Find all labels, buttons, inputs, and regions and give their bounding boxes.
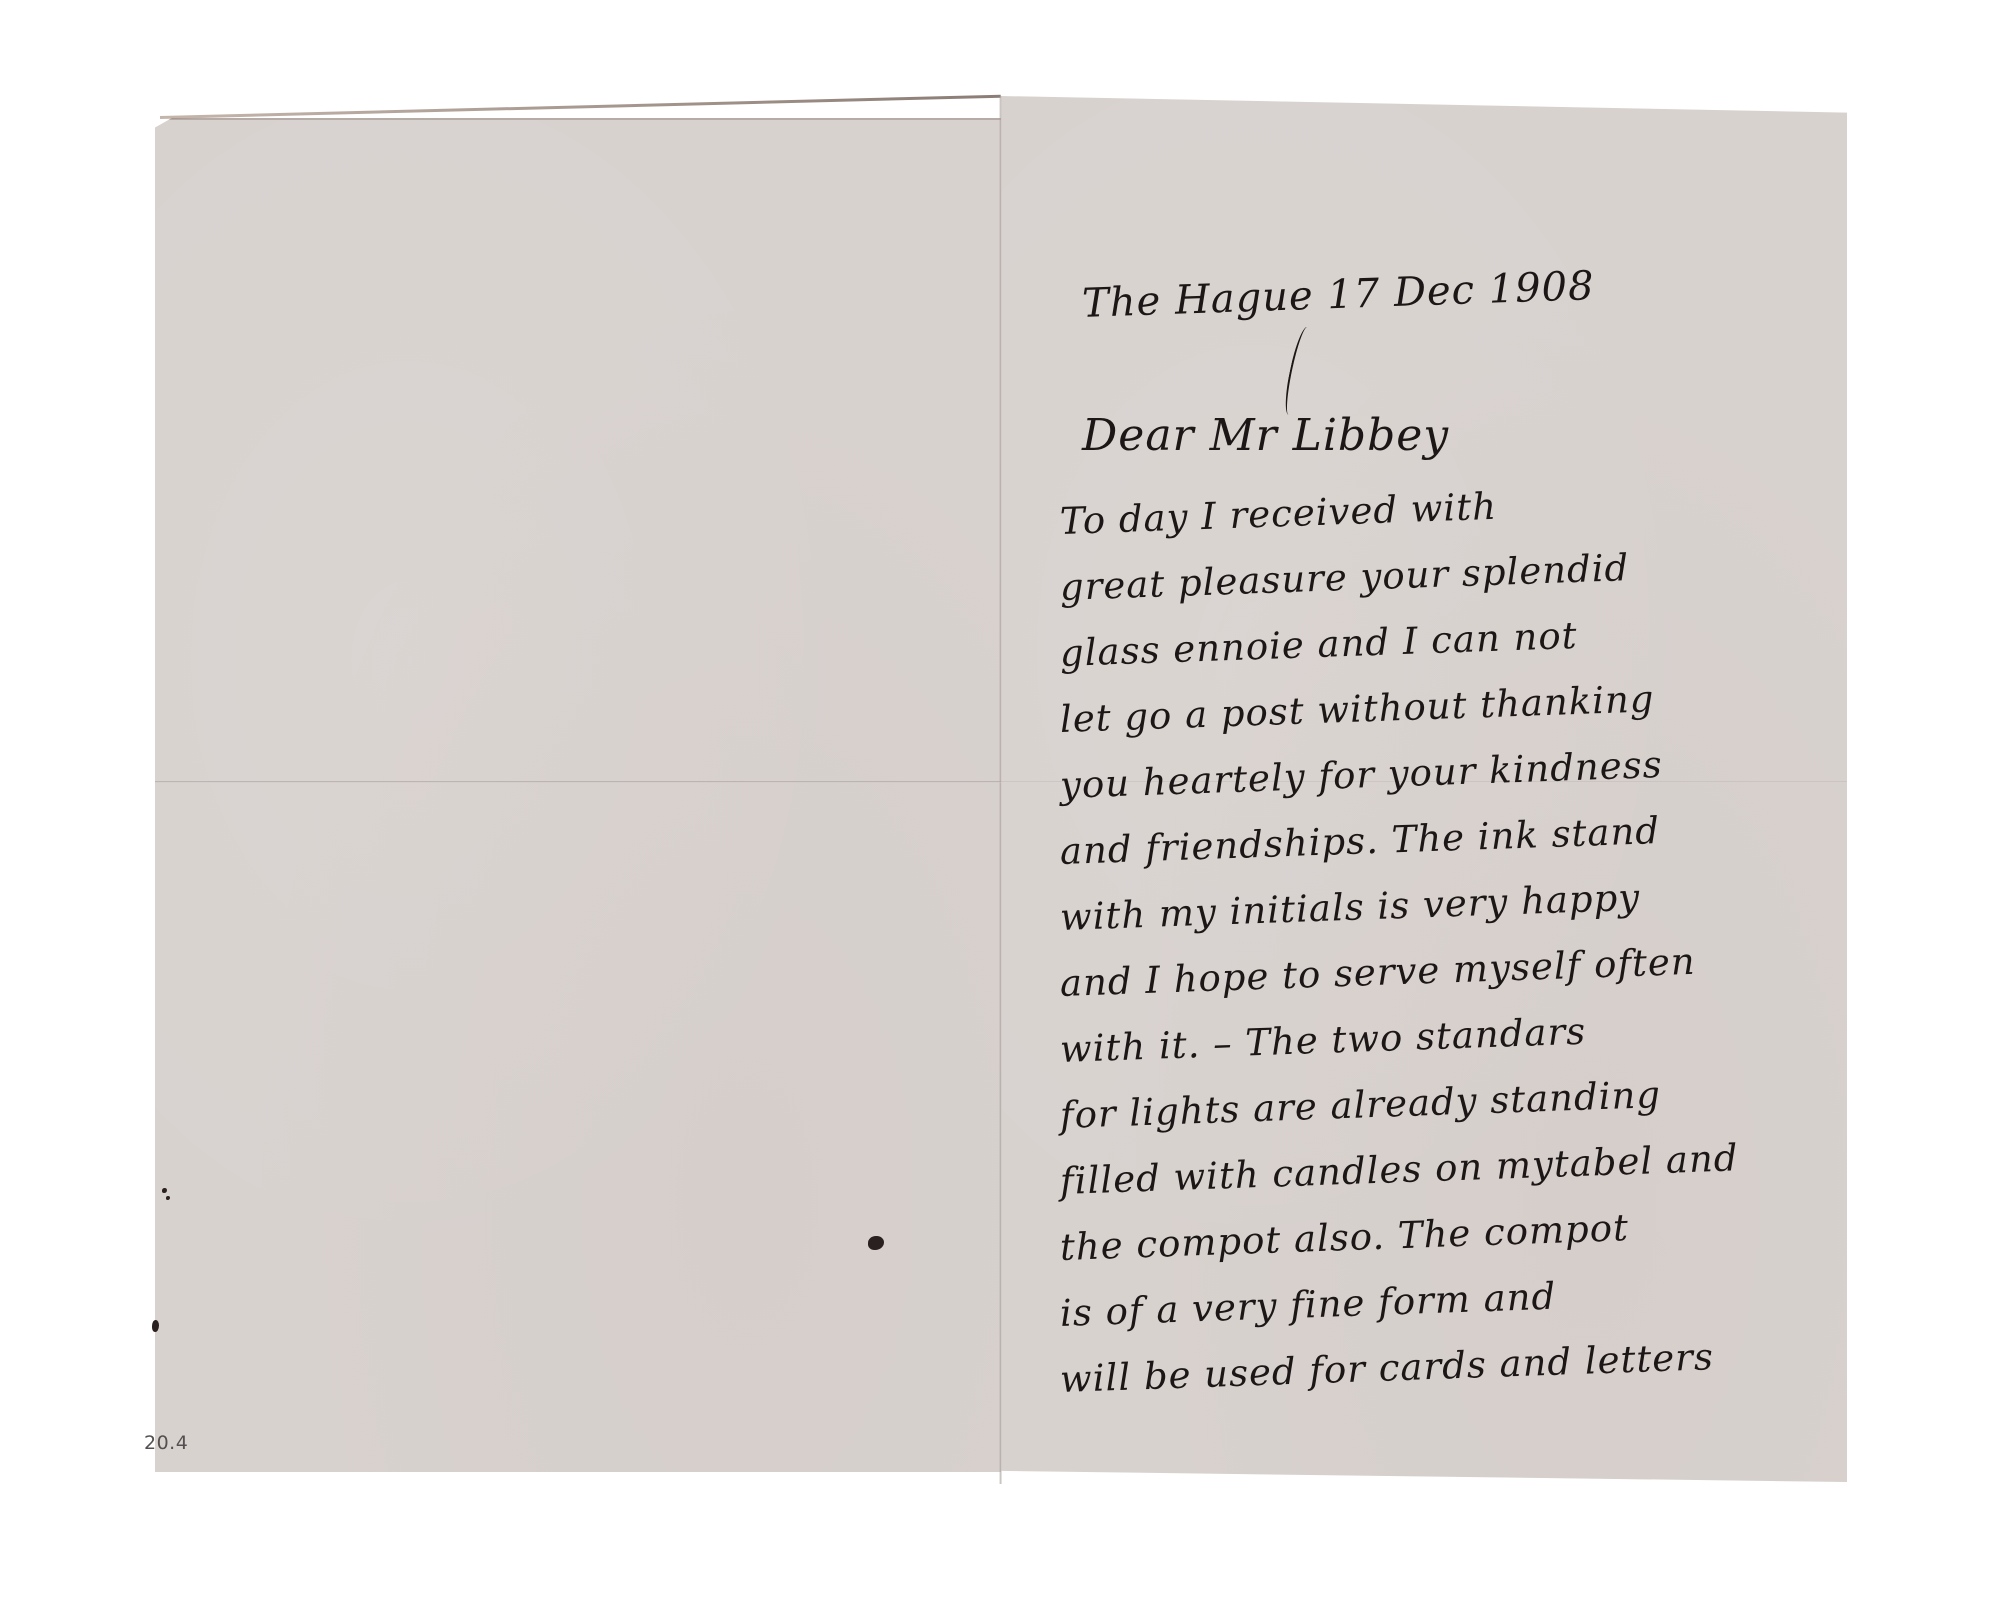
vertical-fold-crease — [999, 96, 1002, 1484]
letter-sheet: 20.4 — [0, 0, 2000, 1600]
right-page — [1001, 96, 1847, 1482]
archive-number: 20.4 — [144, 1432, 188, 1454]
top-edge-shadow — [160, 95, 1001, 119]
horizontal-fold-crease — [155, 781, 1001, 783]
horizontal-fold-crease-right — [1001, 781, 1847, 782]
left-page — [155, 118, 1001, 1472]
